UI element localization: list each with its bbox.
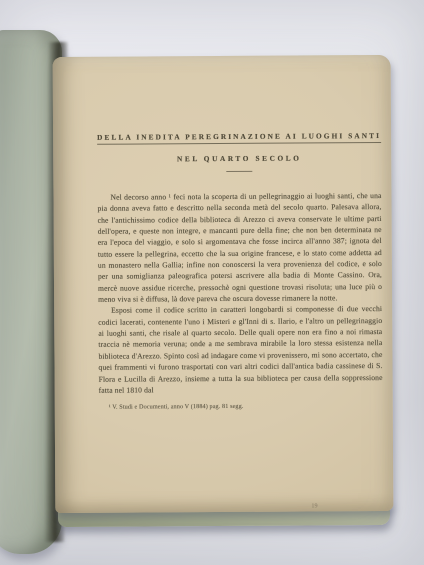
printed-page: DELLA INEDITA PEREGRINAZIONE AI LUOGHI S… bbox=[53, 55, 394, 513]
signature-mark: 19 bbox=[311, 502, 317, 509]
body-text: Nel decorso anno ¹ feci nota la scoperta… bbox=[97, 190, 382, 396]
paragraph-2: Esposi come il codice scritto in caratte… bbox=[98, 303, 383, 395]
chapter-title: DELLA INEDITA PEREGRINAZIONE AI LUOGHI S… bbox=[97, 125, 381, 173]
footnote: ¹ V. Studi e Documenti, anno V (1884) pa… bbox=[99, 402, 383, 411]
paragraph-1: Nel decorso anno ¹ feci nota la scoperta… bbox=[97, 190, 382, 305]
book-photograph: DELLA INEDITA PEREGRINAZIONE AI LUOGHI S… bbox=[0, 0, 424, 565]
chapter-title-line2: NEL QUARTO SECOLO bbox=[97, 153, 381, 164]
chapter-title-line1: DELLA INEDITA PEREGRINAZIONE AI LUOGHI S… bbox=[97, 131, 381, 145]
page-text-block: DELLA INEDITA PEREGRINAZIONE AI LUOGHI S… bbox=[97, 125, 383, 499]
title-divider-rule bbox=[226, 171, 252, 172]
